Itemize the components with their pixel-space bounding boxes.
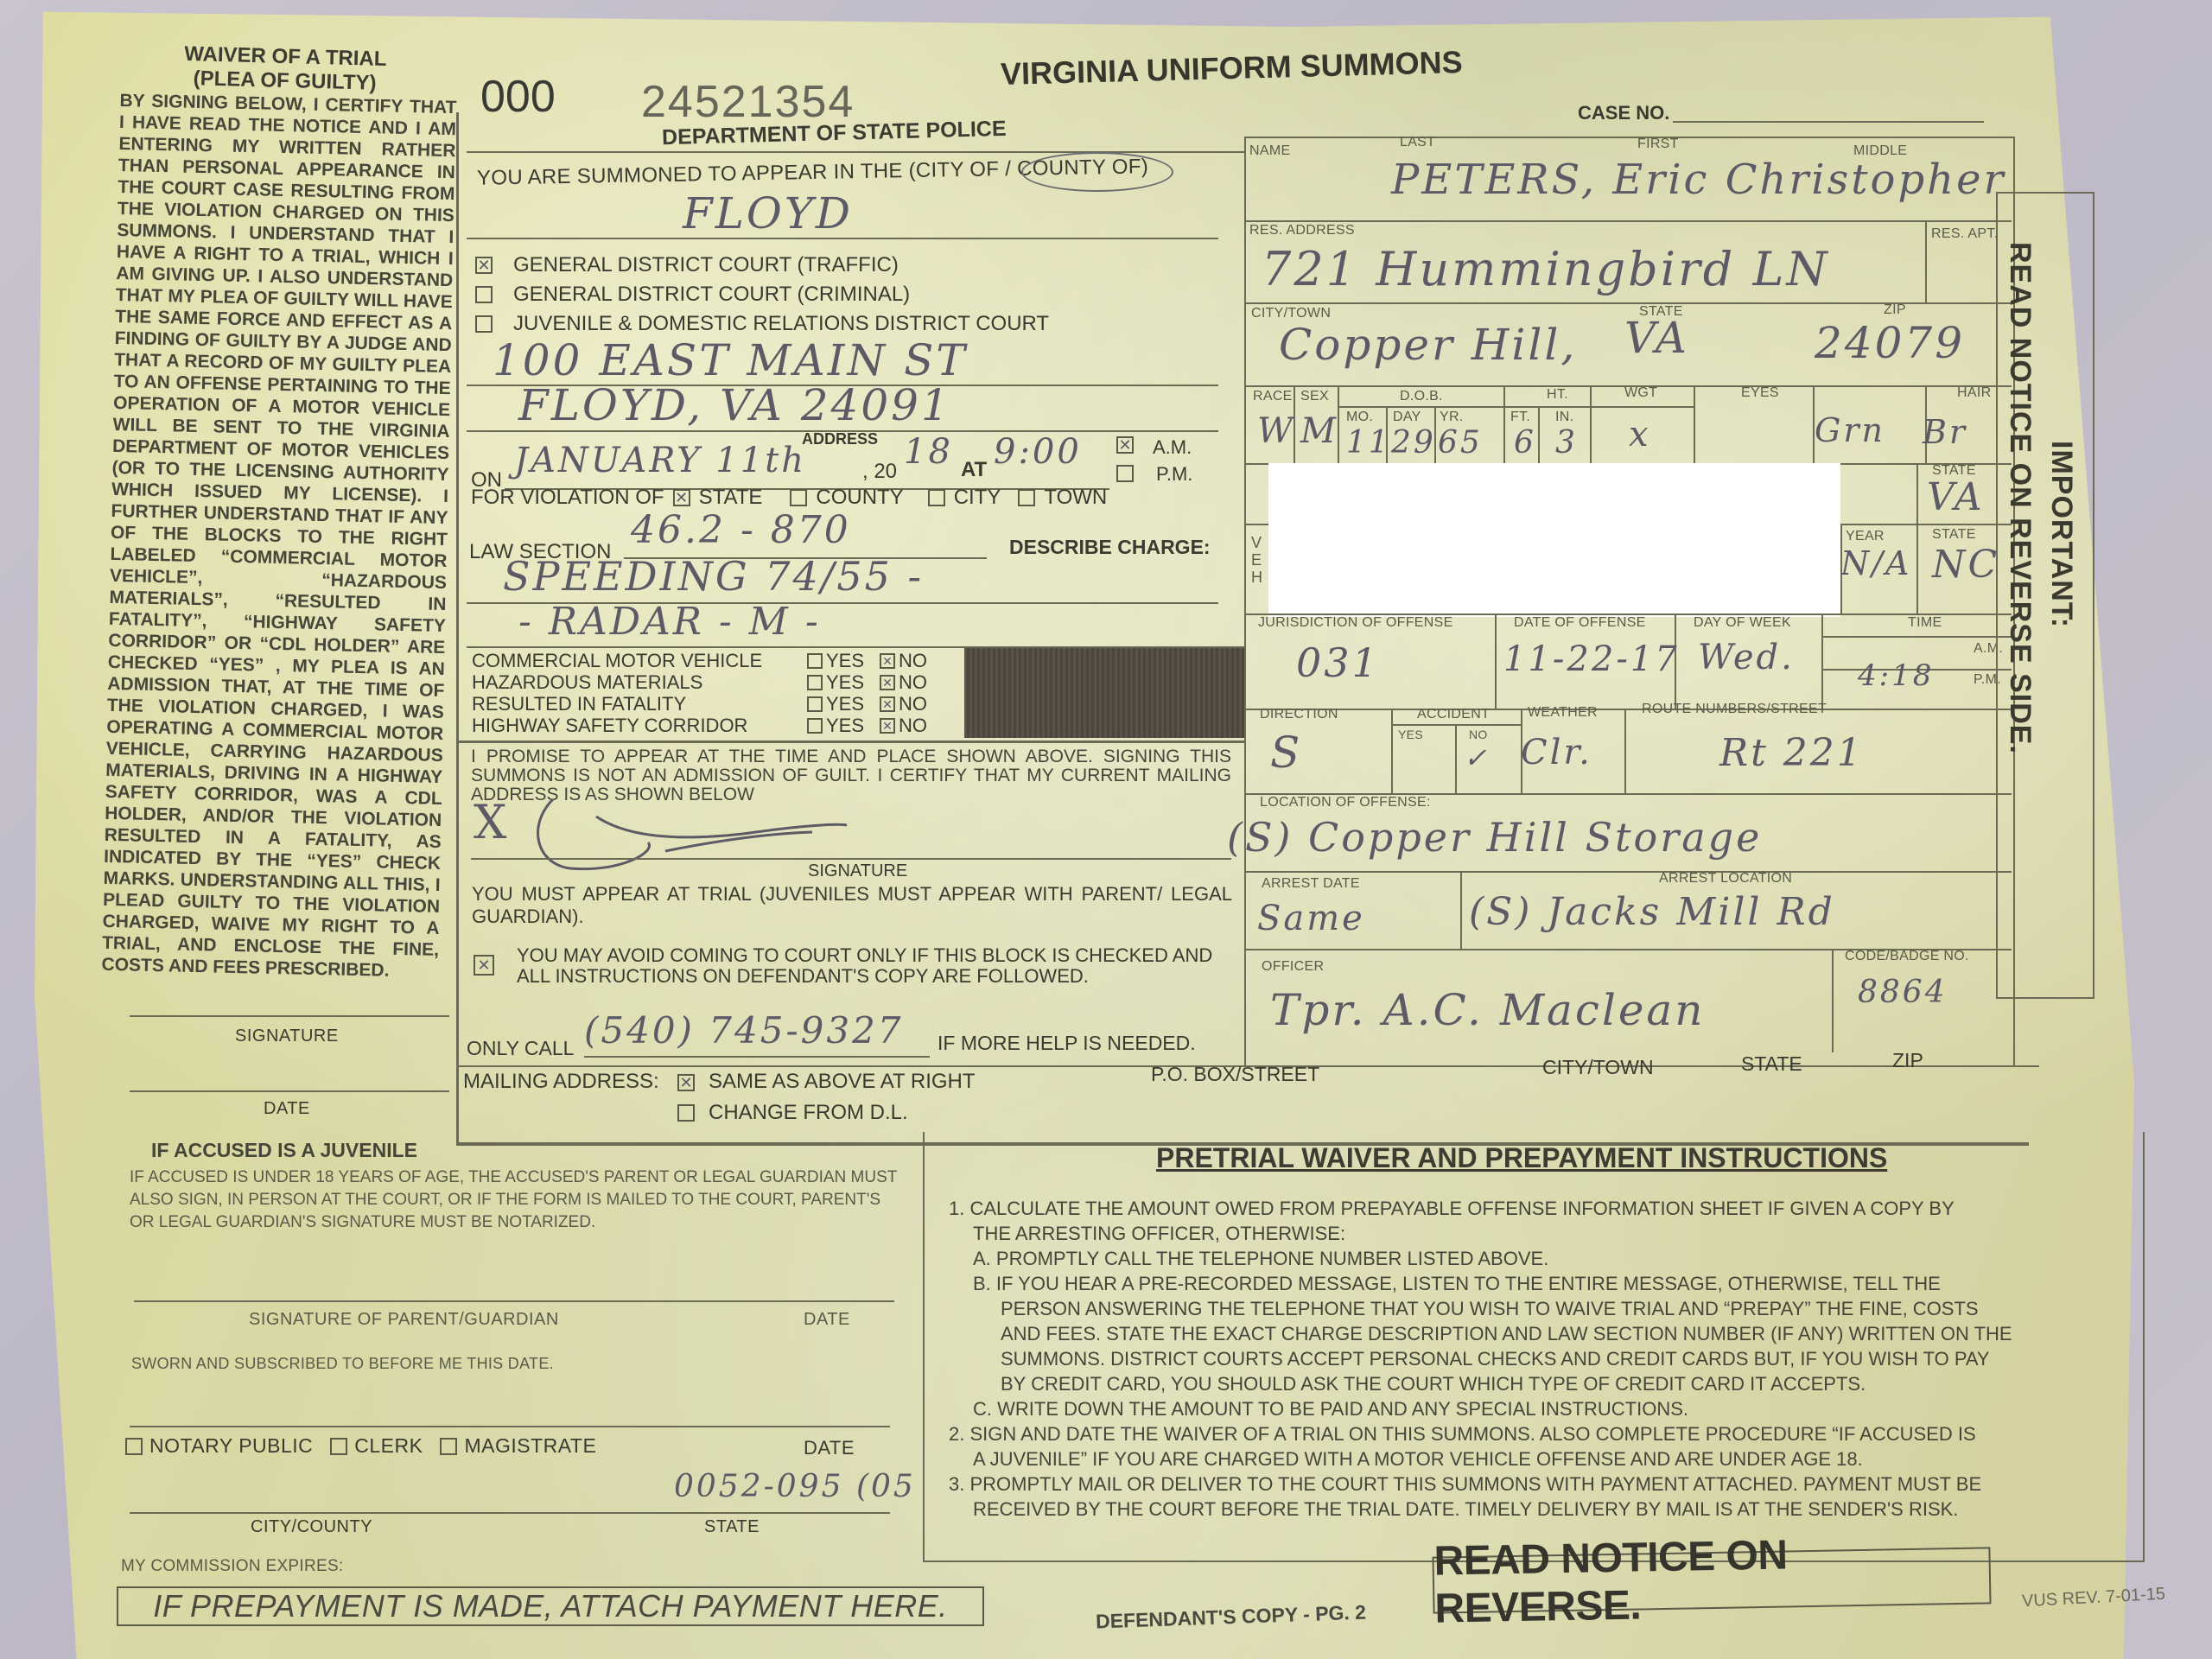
- waiver-title: WAIVER OF A TRIAL (PLEA OF GUILTY): [129, 41, 441, 97]
- no-label: NO: [899, 715, 927, 737]
- last-label: LAST: [1400, 135, 1435, 150]
- violation-label: FOR VIOLATION OF: [471, 486, 664, 510]
- divider: [1916, 463, 1918, 613]
- at-label: AT: [961, 458, 987, 482]
- dl-state-value: VA: [1927, 475, 1985, 519]
- instruction-line: 1. CALCULATE THE AMOUNT OWED FROM PREPAY…: [949, 1196, 2124, 1221]
- wgt-label: WGT: [1624, 385, 1657, 401]
- court-option: GENERAL DISTRICT COURT (CRIMINAL): [475, 280, 1049, 309]
- no-label: NO: [899, 650, 927, 672]
- jurisdiction-label: JURISDICTION OF OFFENSE: [1258, 615, 1453, 631]
- divider: [1538, 406, 1540, 463]
- weather-label: WEATHER: [1528, 705, 1598, 721]
- violation-town-label: TOWN: [1044, 486, 1107, 510]
- race-value: W: [1257, 411, 1295, 451]
- divider: [1821, 613, 1823, 709]
- instruction-line: BY CREDIT CARD, YOU SHOULD ASK THE COURT…: [949, 1371, 2124, 1396]
- veh-year-label: YEAR: [1846, 529, 1885, 544]
- arrest-location-value: (S) Jacks Mill Rd: [1469, 890, 1835, 934]
- instruction-line: AND FEES. STATE THE EXACT CHARGE DESCRIP…: [949, 1321, 2124, 1346]
- am-checkbox[interactable]: ✕: [1116, 436, 1134, 454]
- waiver-signature-line[interactable]: [130, 1015, 449, 1017]
- flag-hazmat-no[interactable]: ✕: [880, 675, 895, 690]
- ft-label: FT.: [1510, 410, 1530, 425]
- charge-line2: - RADAR - M -: [518, 600, 821, 644]
- must-appear-text: YOU MUST APPEAR AT TRIAL (JUVENILES MUST…: [472, 883, 1232, 928]
- divider: [1832, 949, 1834, 1052]
- instruction-line: A JUVENILE” IF YOU ARE CHARGED WITH A MO…: [949, 1446, 2124, 1471]
- accident-label: ACCIDENT: [1417, 707, 1490, 722]
- divider: [1391, 709, 1393, 795]
- divider: [1925, 220, 1927, 302]
- time-value: 9:00: [994, 432, 1082, 472]
- no-label: NO: [899, 693, 927, 715]
- divider: [1244, 871, 2012, 873]
- sworn-label: SWORN AND SUBSCRIBED TO BEFORE ME THIS D…: [131, 1355, 554, 1373]
- summons-prefix: 000: [480, 71, 556, 123]
- divider: [467, 238, 1218, 239]
- route-value: Rt 221: [1719, 731, 1864, 775]
- jurisdiction-value: 031: [1296, 639, 1380, 686]
- veh-state-value: NC: [1932, 543, 1999, 587]
- notary-label: NOTARY PUBLIC: [149, 1434, 313, 1458]
- instruction-line: 2. SIGN AND DATE THE WAIVER OF A TRIAL O…: [949, 1421, 2124, 1446]
- first-label: FIRST: [1637, 137, 1679, 152]
- notary-checkbox[interactable]: [125, 1438, 143, 1455]
- shaded-block: [964, 648, 1244, 738]
- flag-fatality-yes[interactable]: [807, 696, 823, 712]
- court-jdr-checkbox[interactable]: [475, 315, 493, 333]
- flag-cmv-no[interactable]: ✕: [880, 653, 895, 669]
- in-value: 3: [1555, 425, 1578, 461]
- violation-city-label: CITY: [954, 486, 1001, 510]
- flag-row: RESULTED IN FATALITY YES ✕ NO: [472, 693, 964, 715]
- officer-value: Tpr. A.C. Maclean: [1270, 985, 1705, 1035]
- flag-corridor-no[interactable]: ✕: [880, 718, 895, 734]
- city-county-label: CITY/COUNTY: [251, 1517, 372, 1537]
- mailing-change-checkbox[interactable]: [677, 1104, 695, 1122]
- pm-label: P.M.: [1156, 463, 1192, 486]
- accident-no-label: NO: [1469, 728, 1488, 741]
- divider: [467, 151, 1244, 153]
- side-notice-line2: READ NOTICE ON REVERSE SIDE.: [2003, 242, 2037, 754]
- year-prefix: , 20: [862, 460, 897, 484]
- official-options: NOTARY PUBLIC CLERK MAGISTRATE: [125, 1434, 596, 1458]
- hair-label: HAIR: [1957, 385, 1991, 401]
- court-address-line1: 100 EAST MAIN ST: [493, 335, 968, 385]
- eyes-value: Grn: [1815, 411, 1885, 449]
- res-apt-label: RES. APT.: [1931, 226, 1998, 242]
- violation-county-label: COUNTY: [816, 486, 903, 510]
- official-date-label: DATE: [804, 1437, 855, 1459]
- offense-date-value: 11-22-17: [1503, 639, 1680, 679]
- veh-year-value: N/A: [1840, 544, 1912, 582]
- instruction-line: THE ARRESTING OFFICER, OTHERWISE:: [949, 1221, 2124, 1246]
- instruction-line: C. WRITE DOWN THE AMOUNT TO BE PAID AND …: [949, 1396, 2124, 1421]
- wgt-value: x: [1629, 415, 1651, 454]
- violation-state-label: STATE: [699, 486, 763, 510]
- arrest-date-value: Same: [1257, 899, 1365, 938]
- day-value: 29: [1391, 425, 1436, 461]
- flag-label: HAZARDOUS MATERIALS: [472, 671, 807, 694]
- waiver-date-label: DATE: [264, 1099, 310, 1119]
- badge-label: CODE/BADGE NO.: [1845, 949, 1969, 964]
- court-options: ✕ GENERAL DISTRICT COURT (TRAFFIC) GENER…: [475, 251, 1049, 339]
- direction-value: S: [1270, 728, 1302, 778]
- day-of-week-label: DAY OF WEEK: [1694, 615, 1791, 631]
- violation-city-checkbox[interactable]: [928, 489, 945, 506]
- summons-number: 24521354: [641, 76, 855, 128]
- mailing-same-label: SAME AS ABOVE AT RIGHT: [709, 1070, 976, 1094]
- case-no-field[interactable]: [1673, 121, 1984, 123]
- only-call-label: ONLY CALL: [467, 1037, 574, 1060]
- yes-label: YES: [826, 671, 864, 694]
- instruction-line: SUMMONS. DISTRICT COURTS ACCEPT PERSONAL…: [949, 1346, 2124, 1371]
- state-value: VA: [1624, 313, 1689, 363]
- in-label: IN.: [1555, 410, 1573, 425]
- direction-label: DIRECTION: [1260, 707, 1338, 722]
- pretrial-title: PRETRIAL WAIVER AND PREPAYMENT INSTRUCTI…: [1156, 1142, 1887, 1174]
- waiver-body: BY SIGNING BELOW, I CERTIFY THAT I HAVE …: [101, 90, 456, 982]
- flag-label: RESULTED IN FATALITY: [472, 693, 807, 715]
- time-label: TIME: [1908, 615, 1942, 631]
- accident-value: ✓: [1464, 741, 1490, 774]
- arrest-location-label: ARREST LOCATION: [1659, 871, 1792, 887]
- parent-signature-line[interactable]: [134, 1300, 894, 1302]
- address-label: ADDRESS: [802, 430, 878, 448]
- divider: [1460, 871, 1462, 949]
- phone-number: (540) 745-9327: [584, 1009, 904, 1052]
- describe-charge-label: DESCRIBE CHARGE:: [1009, 536, 1211, 559]
- redaction-box: [1268, 463, 1840, 617]
- date-value: JANUARY 11th: [514, 441, 806, 480]
- state-label: STATE: [704, 1517, 760, 1537]
- flag-hazmat-yes[interactable]: [807, 675, 823, 690]
- divider: [1590, 385, 1592, 463]
- no-label: NO: [899, 671, 927, 694]
- mailing-label: MAILING ADDRESS:: [463, 1070, 659, 1094]
- clerk-label: CLERK: [354, 1434, 423, 1458]
- day-label: DAY: [1393, 410, 1421, 425]
- zip-value: 24079: [1815, 318, 1965, 368]
- violation-town-checkbox[interactable]: [1018, 489, 1035, 506]
- flag-cmv-yes[interactable]: [807, 653, 823, 669]
- sex-label: SEX: [1300, 389, 1329, 404]
- juvenile-body: IF ACCUSED IS UNDER 18 YEARS OF AGE, THE…: [130, 1166, 899, 1234]
- juvenile-title: IF ACCUSED IS A JUVENILE: [151, 1139, 417, 1162]
- mailing-same-checkbox[interactable]: ✕: [677, 1074, 695, 1091]
- flag-row: HIGHWAY SAFETY CORRIDOR YES ✕ NO: [472, 715, 964, 736]
- name-label: NAME: [1249, 143, 1290, 159]
- court-traffic-checkbox[interactable]: ✕: [475, 257, 493, 274]
- accident-yes-label: YES: [1398, 728, 1423, 741]
- help-label: IF MORE HELP IS NEEDED.: [938, 1032, 1196, 1055]
- magistrate-checkbox[interactable]: [440, 1438, 457, 1455]
- avoid-court-checkbox[interactable]: ✕: [474, 955, 494, 976]
- waiver-date-line[interactable]: [130, 1090, 449, 1092]
- side-notice-line1: IMPORTANT:: [2044, 441, 2078, 628]
- instruction-line: B. IF YOU HEAR A PRE-RECORDED MESSAGE, L…: [949, 1271, 2124, 1296]
- offense-date-label: DATE OF OFFENSE: [1514, 615, 1646, 631]
- court-option: ✕ GENERAL DISTRICT COURT (TRAFFIC): [475, 251, 1049, 280]
- mo-value: 11: [1346, 425, 1391, 461]
- flag-label: COMMERCIAL MOTOR VEHICLE: [472, 650, 807, 672]
- instruction-line: A. PROMPTLY CALL THE TELEPHONE NUMBER LI…: [949, 1246, 2124, 1271]
- signature-line[interactable]: [471, 858, 1231, 860]
- divider: [458, 741, 1244, 743]
- magistrate-label: MAGISTRATE: [464, 1434, 596, 1458]
- am-label: A.M.: [1153, 436, 1192, 459]
- prepayment-banner-text: IF PREPAYMENT IS MADE, ATTACH PAYMENT HE…: [153, 1588, 948, 1624]
- veh-letters: V E H: [1251, 534, 1265, 586]
- case-no-label: CASE NO.: [1578, 102, 1669, 124]
- res-address-label: RES. ADDRESS: [1249, 223, 1355, 238]
- locality-value: FLOYD: [683, 188, 853, 238]
- divider: [1821, 636, 2012, 638]
- res-address-value: 721 Hummingbird LN: [1262, 242, 1830, 296]
- hair-value: Br: [1923, 413, 1967, 451]
- location-label: LOCATION OF OFFENSE:: [1260, 795, 1431, 810]
- yr-value: 65: [1438, 425, 1483, 461]
- divider: [1495, 613, 1497, 709]
- sex-value: M: [1300, 411, 1338, 451]
- flags-table: COMMERCIAL MOTOR VEHICLE YES ✕ NO HAZARD…: [472, 650, 964, 736]
- race-label: RACE: [1253, 389, 1293, 404]
- instruction-line: RECEIVED BY THE COURT BEFORE THE TRIAL D…: [949, 1497, 2124, 1522]
- court-address-line2: FLOYD, VA 24091: [518, 380, 951, 430]
- read-notice-box: READ NOTICE ON REVERSE.: [1432, 1547, 1991, 1613]
- court-jdr-label: JUVENILE & DOMESTIC RELATIONS DISTRICT C…: [513, 312, 1049, 336]
- name-value: PETERS, Eric Christopher: [1391, 156, 2005, 204]
- instruction-line: 3. PROMPTLY MAIL OR DELIVER TO THE COURT…: [949, 1471, 2124, 1497]
- court-option: JUVENILE & DOMESTIC RELATIONS DISTRICT C…: [475, 309, 1049, 339]
- violation-state-checkbox[interactable]: ✕: [673, 489, 690, 506]
- zip-label: ZIP: [1884, 302, 1906, 318]
- city-county-line[interactable]: [130, 1512, 890, 1514]
- badge-value: 8864: [1858, 975, 1948, 1010]
- handwritten-note: 0052-095 (05: [674, 1469, 916, 1504]
- dob-label: D.O.B.: [1400, 389, 1443, 404]
- divider: [584, 1056, 930, 1058]
- official-signature-line[interactable]: [130, 1426, 890, 1427]
- violation-row: FOR VIOLATION OF ✕ STATE COUNTY CITY TOW…: [471, 486, 1107, 510]
- arrest-date-label: ARREST DATE: [1262, 876, 1360, 892]
- instruction-line: PERSON ANSWERING THE TELEPHONE THAT YOU …: [949, 1296, 2124, 1321]
- divider: [1455, 724, 1457, 795]
- day-of-week-value: Wed.: [1698, 638, 1795, 677]
- city-value: Copper Hill,: [1279, 320, 1577, 370]
- pm-checkbox[interactable]: [1116, 465, 1134, 482]
- eyes-label: EYES: [1741, 385, 1779, 401]
- yes-label: YES: [826, 693, 864, 715]
- yes-label: YES: [826, 715, 864, 737]
- court-criminal-label: GENERAL DISTRICT COURT (CRIMINAL): [513, 283, 910, 307]
- flag-row: HAZARDOUS MATERIALS YES ✕ NO: [472, 671, 964, 693]
- divider: [1244, 709, 2012, 710]
- yes-label: YES: [826, 650, 864, 672]
- weather-value: Clr.: [1521, 733, 1592, 772]
- signature-mark: X: [474, 795, 509, 849]
- charge-line1: SPEEDING 74/55 -: [503, 553, 924, 600]
- location-value: (S) Copper Hill Storage: [1227, 814, 1762, 861]
- clerk-checkbox[interactable]: [330, 1438, 347, 1455]
- court-criminal-checkbox[interactable]: [475, 286, 493, 303]
- summons-left-border: [456, 112, 459, 1145]
- law-section-value: 46.2 - 870: [631, 508, 851, 552]
- ft-value: 6: [1514, 425, 1536, 461]
- divider: [1694, 385, 1695, 463]
- yr-label: YR.: [1440, 410, 1464, 425]
- pretrial-instructions: 1. CALCULATE THE AMOUNT OWED FROM PREPAY…: [949, 1196, 2124, 1522]
- avoid-court-text: YOU MAY AVOID COMING TO COURT ONLY IF TH…: [517, 945, 1234, 987]
- officer-label: OFFICER: [1262, 959, 1324, 975]
- flag-fatality-no[interactable]: ✕: [880, 696, 895, 712]
- divider: [1503, 385, 1505, 463]
- flag-label: HIGHWAY SAFETY CORRIDOR: [472, 715, 807, 737]
- year-value: 18: [904, 432, 953, 472]
- divider: [1244, 220, 2012, 222]
- veh-state-label: STATE: [1932, 527, 1976, 543]
- flag-corridor-yes[interactable]: [807, 718, 823, 734]
- waiver-signature-label: SIGNATURE: [235, 1027, 339, 1046]
- offense-time-value: 4:18: [1858, 658, 1934, 693]
- violation-county-checkbox[interactable]: [790, 489, 807, 506]
- divider: [1624, 709, 1626, 795]
- read-notice-text: READ NOTICE ON REVERSE.: [1433, 1528, 1990, 1632]
- ht-label: HT.: [1547, 387, 1568, 403]
- signature-label: SIGNATURE: [808, 861, 907, 881]
- court-traffic-label: GENERAL DISTRICT COURT (TRAFFIC): [513, 253, 899, 277]
- county-of-circle: [1021, 152, 1173, 192]
- flag-row: COMMERCIAL MOTOR VEHICLE YES ✕ NO: [472, 650, 964, 671]
- mailing-change-label: CHANGE FROM D.L.: [709, 1101, 908, 1125]
- mo-label: MO.: [1346, 410, 1373, 425]
- commission-label: MY COMMISSION EXPIRES:: [121, 1557, 344, 1576]
- parent-date-label: DATE: [804, 1310, 850, 1330]
- divider: [1338, 406, 1694, 408]
- prepayment-banner: IF PREPAYMENT IS MADE, ATTACH PAYMENT HE…: [117, 1586, 984, 1626]
- parent-signature-label: SIGNATURE OF PARENT/GUARDIAN: [249, 1310, 559, 1330]
- route-label: ROUTE NUMBERS/STREET: [1642, 702, 1827, 717]
